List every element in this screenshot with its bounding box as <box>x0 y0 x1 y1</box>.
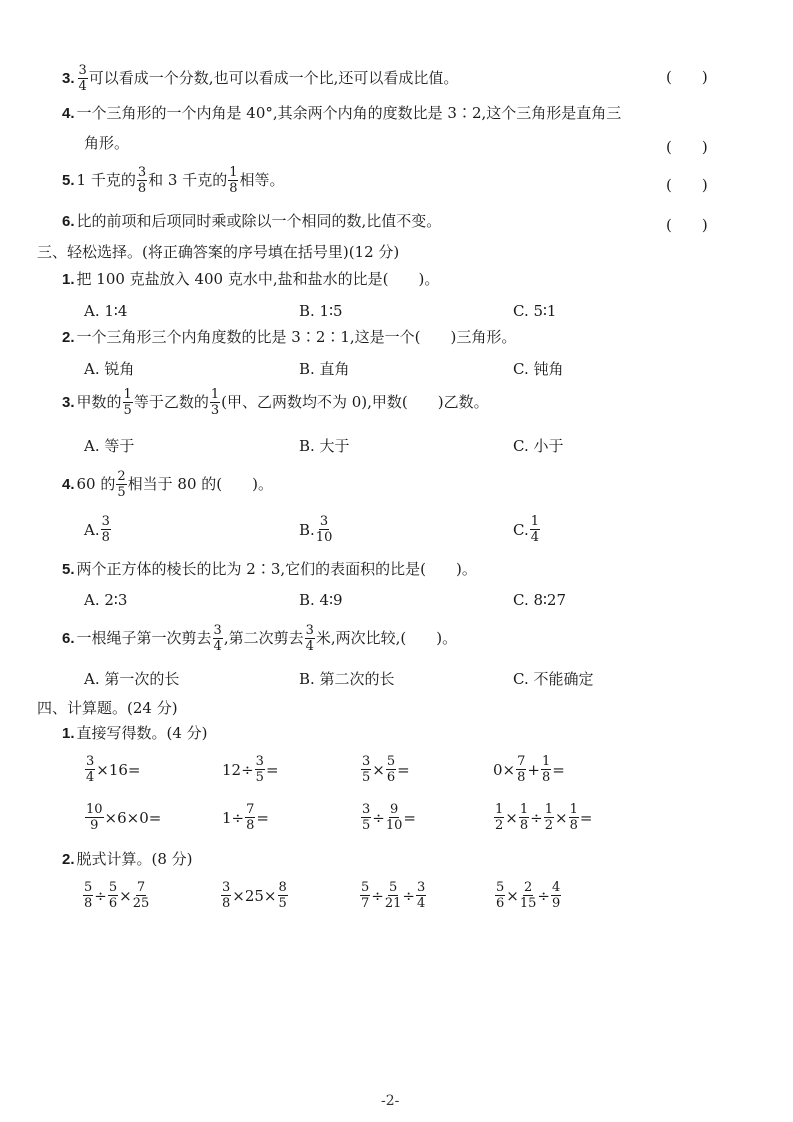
fraction: 13 <box>210 388 220 417</box>
direct-calc-r2c3: 35 ÷ 910 = <box>360 803 416 832</box>
numerator: 1 <box>541 755 551 770</box>
answer-blank[interactable]: ( ) <box>666 214 708 235</box>
item-number: 6. <box>62 214 75 229</box>
denominator: 5 <box>279 896 287 910</box>
numerator: 10 <box>85 803 104 818</box>
item-number: 4. <box>62 106 75 121</box>
denominator: 8 <box>84 896 92 910</box>
direct-calc-r1c2: 12÷ 35 = <box>222 755 279 784</box>
denominator: 9 <box>552 896 560 910</box>
fraction: 109 <box>85 803 104 832</box>
denominator: 6 <box>387 770 395 784</box>
numerator: 7 <box>245 803 255 818</box>
item-number: 3. <box>62 395 75 410</box>
denominator: 5 <box>362 818 370 832</box>
direct-calc-r2c1: 109 ×6×0= <box>84 803 161 832</box>
fraction: 18 <box>569 803 579 832</box>
denominator: 4 <box>306 639 314 653</box>
option-c[interactable]: C. 8∶27 <box>513 591 566 609</box>
denominator: 6 <box>496 896 504 910</box>
question-text: 相当于 80 的( )。 <box>128 477 273 492</box>
denominator: 4 <box>417 896 425 910</box>
section-3-title: 三、轻松选择。(将正确答案的序号填在括号里)(12 分) <box>37 241 399 262</box>
choice-q6: 6. 一根绳子第一次剪去 34 ,第二次剪去 34 米,两次比较,( )。 <box>62 624 457 653</box>
item-number: 2. <box>62 330 75 345</box>
numerator: 3 <box>305 624 315 639</box>
fraction: 56 <box>386 755 396 784</box>
expression-text: ×16= <box>96 761 140 779</box>
direct-calc-r1c3: 35 × 56 = <box>360 755 410 784</box>
fraction: 38 <box>137 166 147 195</box>
item-number: 5. <box>62 562 75 577</box>
sub-title: 直接写得数。(4 分) <box>77 726 208 741</box>
denominator: 4 <box>531 530 539 544</box>
fraction: 215 <box>520 881 537 910</box>
stepwise-calc-1: 58 ÷ 56 × 725 <box>82 881 150 910</box>
numerator: 7 <box>136 881 146 896</box>
fraction: 85 <box>278 881 288 910</box>
numerator: 3 <box>361 803 371 818</box>
page-number: -2- <box>381 1093 399 1109</box>
question-text: 把 100 克盐放入 400 克水中,盐和盐水的比是( )。 <box>77 272 440 287</box>
denominator: 10 <box>386 818 403 832</box>
item-text: 和 3 千克的 <box>148 173 227 188</box>
option-a[interactable]: A. 等于 <box>84 435 134 456</box>
option-c[interactable]: C. 小于 <box>513 435 563 456</box>
numerator: 3 <box>221 881 231 896</box>
option-c[interactable]: C. 14 <box>513 515 541 544</box>
item-text: 角形。 <box>84 136 129 151</box>
item-number: 3. <box>62 71 75 86</box>
numerator: 3 <box>319 515 329 530</box>
option-c[interactable]: C. 钝角 <box>513 358 563 379</box>
expression-text: 0× <box>493 761 515 779</box>
question-text: ,第二次剪去 <box>224 631 304 646</box>
expression-text: ÷ <box>537 887 550 905</box>
judge-item-4-cont: 角形。 <box>84 136 129 151</box>
denominator: 8 <box>517 770 525 784</box>
denominator: 15 <box>520 896 537 910</box>
option-b[interactable]: B. 4∶9 <box>299 591 343 609</box>
denominator: 2 <box>495 818 503 832</box>
fraction: 910 <box>386 803 403 832</box>
denominator: 9 <box>90 818 98 832</box>
item-number: 1. <box>62 726 75 741</box>
denominator: 10 <box>316 530 333 544</box>
question-text: 两个正方体的棱长的比为 2∶3,它们的表面积的比是( )。 <box>77 562 477 577</box>
question-text: 等于乙数的 <box>134 395 209 410</box>
direct-calc-r2c4: 12 × 18 ÷ 12 × 18 = <box>493 803 592 832</box>
expression-text: ÷ <box>94 887 107 905</box>
choice-q3: 3. 甲数的 15 等于乙数的 13 (甲、乙两数均不为 0),甲数( )乙数。 <box>62 388 489 417</box>
choice-q4: 4. 60 的 25 相当于 80 的( )。 <box>62 470 273 499</box>
numerator: 5 <box>388 881 398 896</box>
answer-blank[interactable]: ( ) <box>666 136 708 157</box>
option-a[interactable]: A. 2∶3 <box>84 591 127 609</box>
numerator: 5 <box>495 881 505 896</box>
numerator: 1 <box>494 803 504 818</box>
item-text: 相等。 <box>239 173 284 188</box>
question-text: 一个三角形三个内角度数的比是 3∶2∶1,这是一个( )三角形。 <box>77 330 517 345</box>
fraction: 38 <box>221 881 231 910</box>
fraction: 12 <box>544 803 554 832</box>
denominator: 8 <box>520 818 528 832</box>
item-text: 比的前项和后项同时乘或除以一个相同的数,比值不变。 <box>77 214 442 229</box>
question-text: 一根绳子第一次剪去 <box>77 631 212 646</box>
judge-item-3: 3. 34 可以看成一个分数,也可以看成一个比,还可以看成比值。 <box>62 64 458 93</box>
expression-text: × <box>372 761 385 779</box>
item-number: 6. <box>62 631 75 646</box>
expression-text: = <box>403 809 416 827</box>
expression-text: ÷ <box>530 809 543 827</box>
expression-text: × <box>505 809 518 827</box>
denominator: 8 <box>246 818 254 832</box>
item-number: 2. <box>62 852 75 867</box>
numerator: 3 <box>78 64 88 79</box>
numerator: 3 <box>213 624 223 639</box>
numerator: 1 <box>569 803 579 818</box>
denominator: 8 <box>570 818 578 832</box>
option-a[interactable]: A. 锐角 <box>84 358 134 379</box>
stepwise-calc-3: 57 ÷ 521 ÷ 34 <box>359 881 427 910</box>
fraction: 78 <box>245 803 255 832</box>
answer-blank[interactable]: ( ) <box>666 66 708 87</box>
option-b[interactable]: B. 第二次的长 <box>299 668 395 689</box>
numerator: 2 <box>523 881 533 896</box>
expression-text: = <box>580 809 593 827</box>
denominator: 4 <box>214 639 222 653</box>
fraction: 34 <box>416 881 426 910</box>
numerator: 5 <box>360 881 370 896</box>
expression-text: ÷ <box>372 809 385 827</box>
numerator: 5 <box>386 755 396 770</box>
denominator: 8 <box>229 181 237 195</box>
sub-title: 脱式计算。(8 分) <box>77 852 193 867</box>
option-b[interactable]: B. 1∶5 <box>299 302 343 320</box>
judge-item-5: 5. 1 千克的 38 和 3 千克的 18 相等。 <box>62 166 285 195</box>
expression-text: = <box>266 761 279 779</box>
expression-text: × <box>555 809 568 827</box>
question-text: 60 的 <box>77 477 116 492</box>
item-number: 5. <box>62 173 75 188</box>
fraction: 14 <box>530 515 540 544</box>
fraction: 310 <box>316 515 333 544</box>
choice-q1: 1. 把 100 克盐放入 400 克水中,盐和盐水的比是( )。 <box>62 272 439 287</box>
expression-text: ÷ <box>371 887 384 905</box>
option-c[interactable]: C. 5∶1 <box>513 302 556 320</box>
fraction: 725 <box>133 881 150 910</box>
fraction: 15 <box>123 388 133 417</box>
denominator: 5 <box>362 770 370 784</box>
item-text: 可以看成一个分数,也可以看成一个比,还可以看成比值。 <box>89 71 459 86</box>
choice-q2: 2. 一个三角形三个内角度数的比是 3∶2∶1,这是一个( )三角形。 <box>62 330 516 345</box>
direct-calc-r2c2: 1÷ 78 = <box>222 803 269 832</box>
expression-text: = <box>256 809 269 827</box>
question-text: (甲、乙两数均不为 0),甲数( )乙数。 <box>221 395 489 410</box>
fraction: 56 <box>108 881 118 910</box>
denominator: 2 <box>545 818 553 832</box>
option-a[interactable]: A. 1∶4 <box>84 302 127 320</box>
item-text: 一个三角形的一个内角是 40°,其余两个内角的度数比是 3∶2,这个三角形是直角… <box>77 106 622 121</box>
expression-text: = <box>397 761 410 779</box>
option-label: C. <box>513 521 529 539</box>
direct-calc-r1c1: 34 ×16= <box>84 755 141 784</box>
sub-2-title: 2. 脱式计算。(8 分) <box>62 852 193 867</box>
fraction: 35 <box>361 755 371 784</box>
numerator: 3 <box>361 755 371 770</box>
expression-text: × <box>119 887 132 905</box>
section-4-title: 四、计算题。(24 分) <box>37 697 178 718</box>
direct-calc-r1c4: 0× 78 + 18 = <box>493 755 565 784</box>
option-b[interactable]: B. 直角 <box>299 358 350 379</box>
expression-text: ×25× <box>232 887 276 905</box>
option-c[interactable]: C. 不能确定 <box>513 668 593 689</box>
numerator: 3 <box>416 881 426 896</box>
denominator: 5 <box>256 770 264 784</box>
fraction: 34 <box>85 755 95 784</box>
fraction: 25 <box>116 470 126 499</box>
numerator: 1 <box>519 803 529 818</box>
expression-text: + <box>527 761 540 779</box>
item-number: 1. <box>62 272 75 287</box>
numerator: 3 <box>101 515 111 530</box>
judge-item-6: 6. 比的前项和后项同时乘或除以一个相同的数,比值不变。 <box>62 214 441 229</box>
denominator: 4 <box>86 770 94 784</box>
denominator: 8 <box>102 530 110 544</box>
fraction: 18 <box>519 803 529 832</box>
fraction: 35 <box>255 755 265 784</box>
option-b[interactable]: B. 310 <box>299 515 333 544</box>
item-number: 4. <box>62 477 75 492</box>
numerator: 7 <box>516 755 526 770</box>
fraction: 58 <box>83 881 93 910</box>
question-text: 甲数的 <box>77 395 122 410</box>
numerator: 1 <box>123 388 133 403</box>
numerator: 1 <box>228 166 238 181</box>
fraction: 34 <box>78 64 88 93</box>
stepwise-calc-4: 56 × 215 ÷ 49 <box>494 881 562 910</box>
fraction: 38 <box>101 515 111 544</box>
numerator: 5 <box>83 881 93 896</box>
choice-q5: 5. 两个正方体的棱长的比为 2∶3,它们的表面积的比是( )。 <box>62 562 477 577</box>
numerator: 3 <box>137 166 147 181</box>
stepwise-calc-2: 38 ×25× 85 <box>220 881 289 910</box>
expression-text: ÷ <box>402 887 415 905</box>
answer-blank[interactable]: ( ) <box>666 174 708 195</box>
denominator: 5 <box>124 403 132 417</box>
expression-text: × <box>506 887 519 905</box>
numerator: 2 <box>116 470 126 485</box>
denominator: 5 <box>117 485 125 499</box>
denominator: 21 <box>385 896 402 910</box>
fraction: 18 <box>541 755 551 784</box>
sub-1-title: 1. 直接写得数。(4 分) <box>62 726 208 741</box>
fraction: 57 <box>360 881 370 910</box>
expression-text: ×6×0= <box>105 809 162 827</box>
expression-text: 12÷ <box>222 761 254 779</box>
numerator: 8 <box>278 881 288 896</box>
fraction: 12 <box>494 803 504 832</box>
fraction: 49 <box>551 881 561 910</box>
denominator: 6 <box>109 896 117 910</box>
fraction: 35 <box>361 803 371 832</box>
option-label: A. <box>84 521 100 539</box>
numerator: 9 <box>389 803 399 818</box>
expression-text: 1÷ <box>222 809 244 827</box>
numerator: 1 <box>530 515 540 530</box>
fraction: 34 <box>213 624 223 653</box>
denominator: 25 <box>133 896 150 910</box>
numerator: 1 <box>210 388 220 403</box>
expression-text: = <box>552 761 565 779</box>
fraction: 56 <box>495 881 505 910</box>
numerator: 3 <box>85 755 95 770</box>
numerator: 4 <box>551 881 561 896</box>
numerator: 1 <box>544 803 554 818</box>
option-a[interactable]: A. 第一次的长 <box>84 668 179 689</box>
fraction: 521 <box>385 881 402 910</box>
fraction: 18 <box>228 166 238 195</box>
option-b[interactable]: B. 大于 <box>299 435 350 456</box>
denominator: 3 <box>211 403 219 417</box>
judge-item-4: 4. 一个三角形的一个内角是 40°,其余两个内角的度数比是 3∶2,这个三角形… <box>62 106 621 121</box>
item-text: 1 千克的 <box>77 173 136 188</box>
denominator: 8 <box>222 896 230 910</box>
option-label: B. <box>299 521 315 539</box>
numerator: 5 <box>108 881 118 896</box>
fraction: 34 <box>305 624 315 653</box>
question-text: 米,两次比较,( )。 <box>316 631 457 646</box>
denominator: 4 <box>79 79 87 93</box>
option-a[interactable]: A. 38 <box>84 515 112 544</box>
denominator: 8 <box>138 181 146 195</box>
denominator: 8 <box>542 770 550 784</box>
numerator: 3 <box>255 755 265 770</box>
fraction: 78 <box>516 755 526 784</box>
denominator: 7 <box>361 896 369 910</box>
